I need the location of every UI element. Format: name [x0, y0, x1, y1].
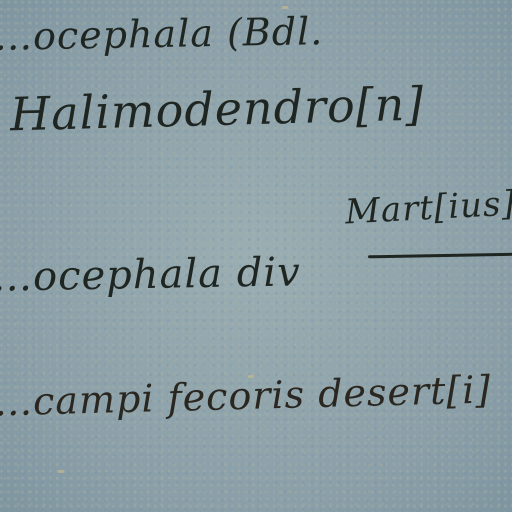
handwritten-line-3-author: Mart[ius]: [344, 184, 512, 233]
handwritten-line-1: …ocephala (Bdl.: [0, 9, 324, 59]
ink-underline: [368, 253, 512, 259]
paper-fleck: [58, 470, 64, 473]
paper-fleck: [248, 375, 254, 378]
paper-fleck: [282, 6, 288, 9]
handwritten-line-4: …ocephala div: [0, 249, 301, 300]
manuscript-page: …ocephala (Bdl. Halimodendro[n] Mart[ius…: [0, 0, 512, 512]
handwritten-line-5: …campi fecoris desert[i]: [0, 368, 492, 425]
handwritten-line-2-genus: Halimodendro[n]: [9, 77, 425, 142]
